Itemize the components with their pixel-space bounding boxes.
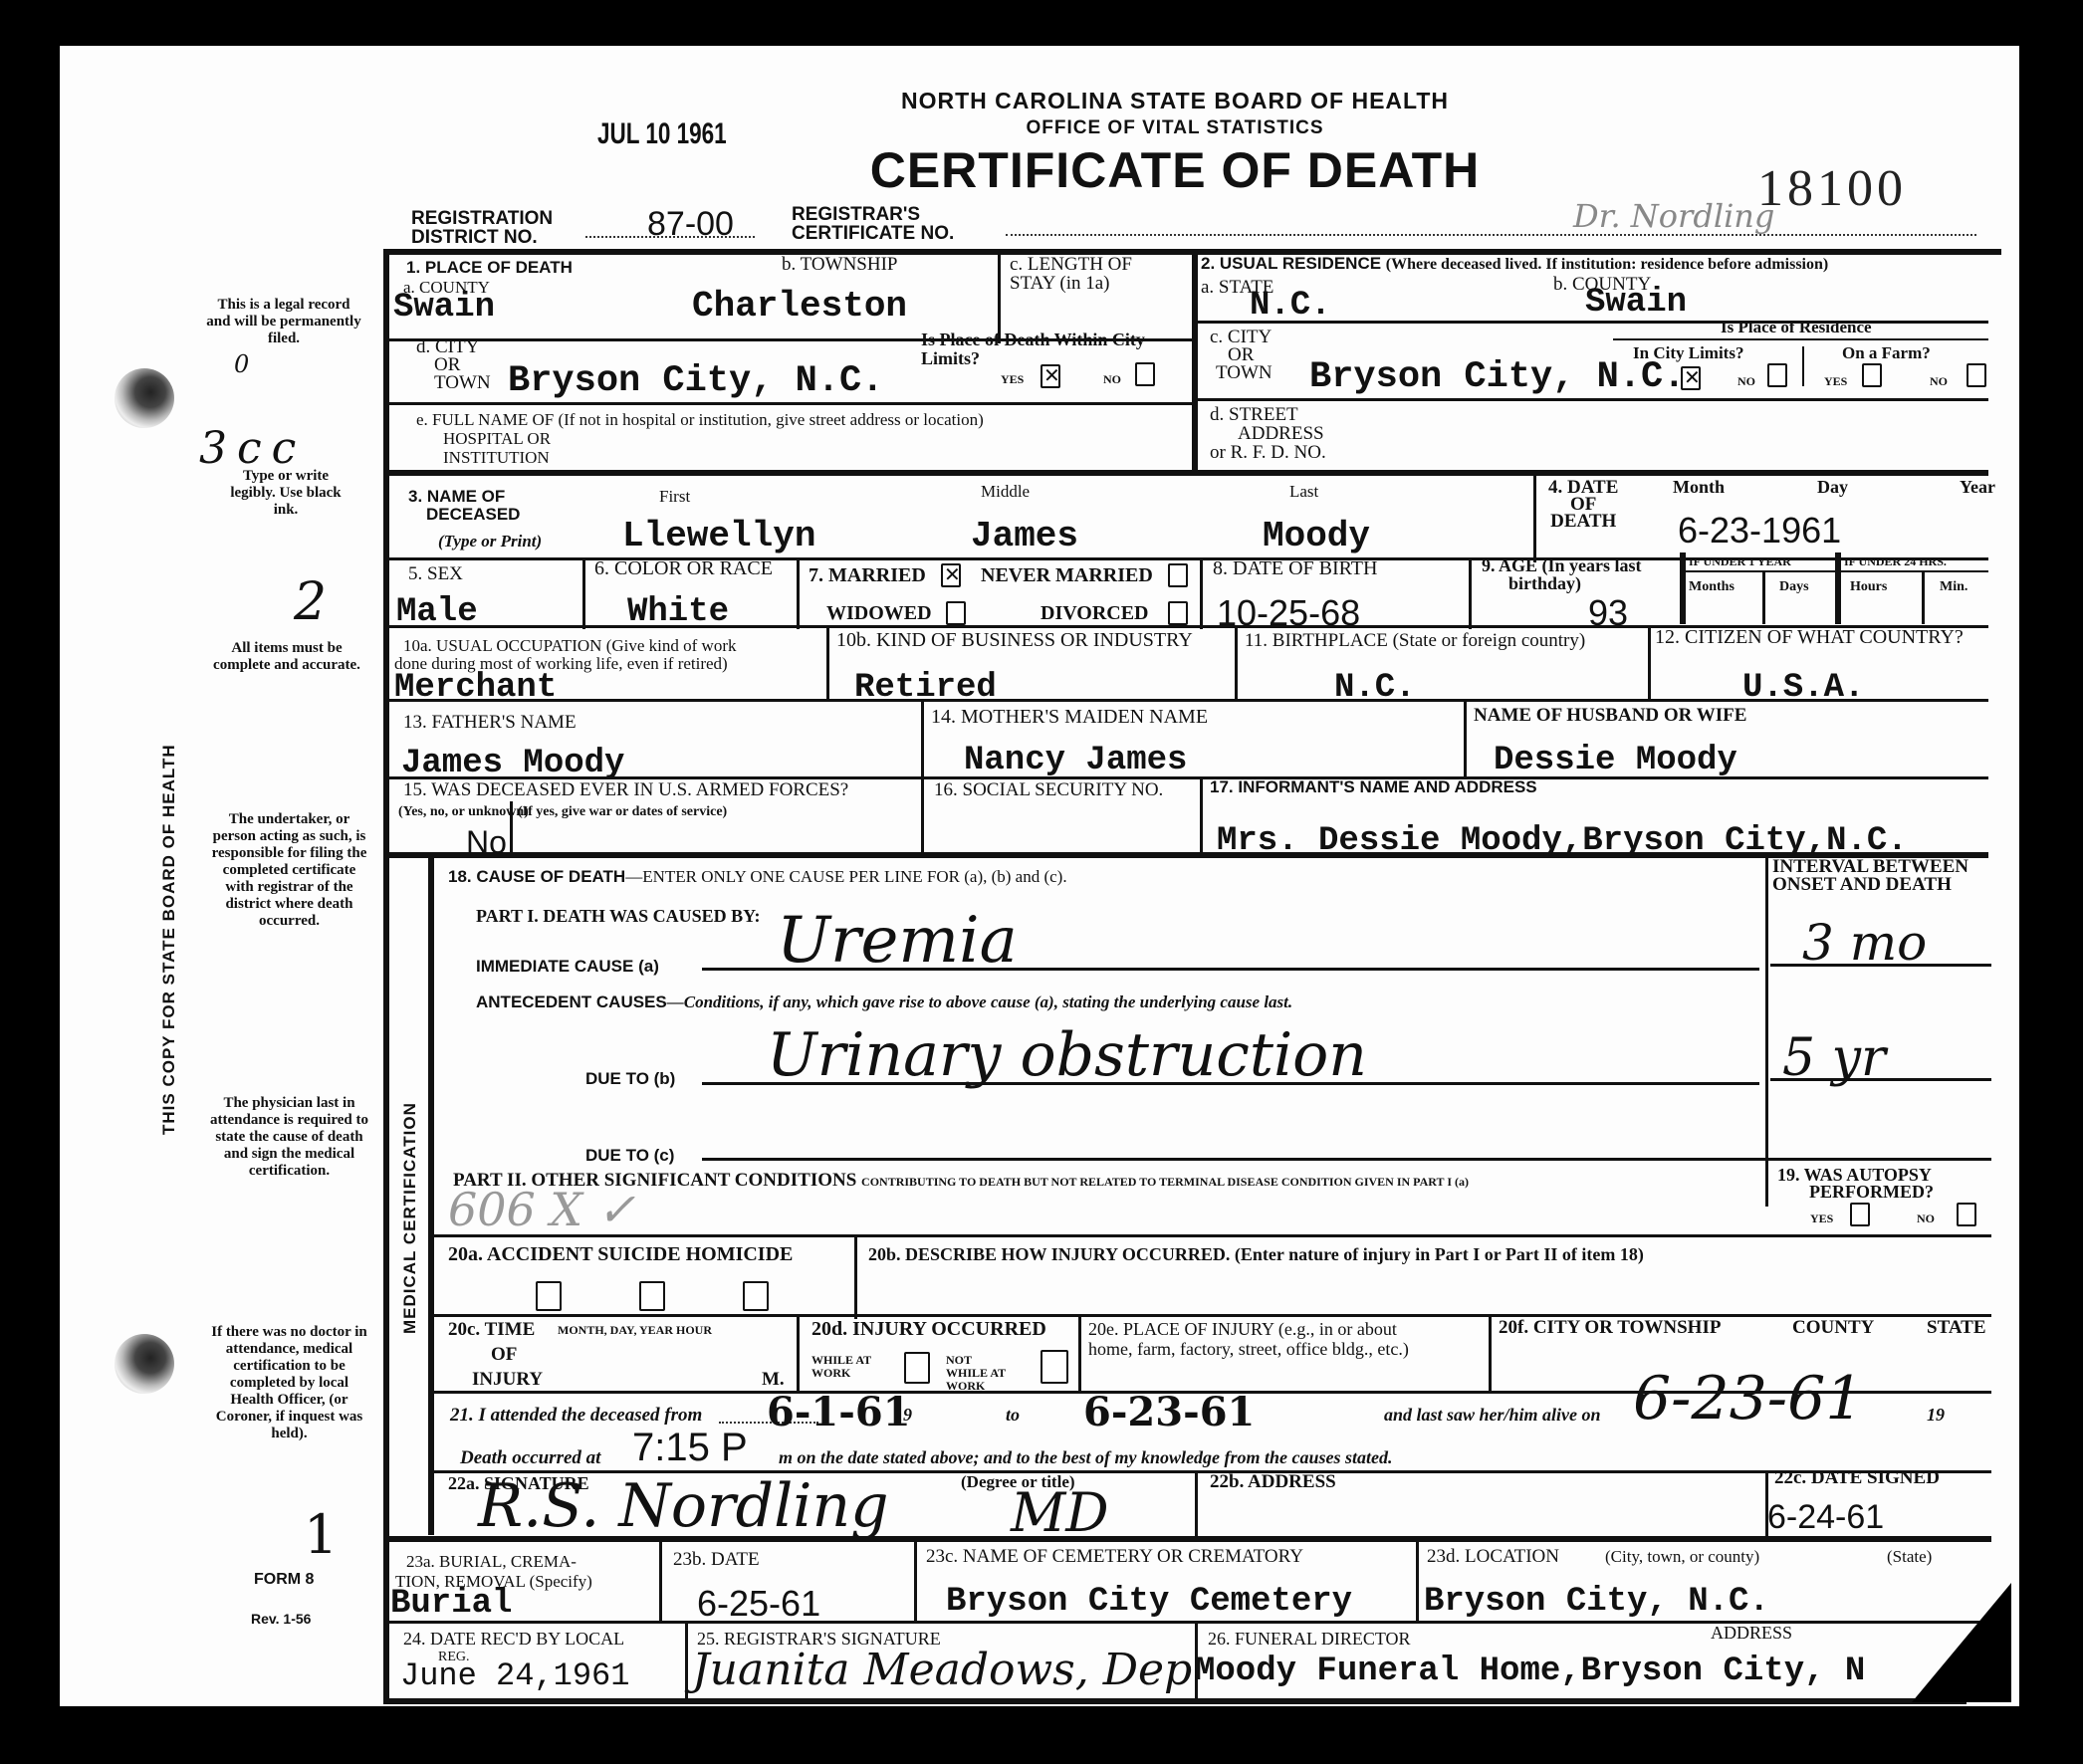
location-value: Bryson City, N.C. [1424,1583,1769,1621]
hospital-label: e. FULL NAME OF (If not in hospital or i… [416,411,984,428]
due-to-b-value: Urinary obstruction [767,1020,1367,1090]
divider [1648,625,1651,701]
residence-county-value: Swain [1585,284,1687,322]
label-line: REGISTRAR'S [792,205,954,224]
middle-label: Middle [981,483,1030,500]
divider [797,1314,800,1392]
injury-state-label: STATE [1927,1319,1986,1336]
month-label: Month [1673,479,1725,496]
divider [1200,776,1203,856]
margin-mark: 0 [234,350,249,378]
no-label: NO [1917,1213,1935,1225]
street-label: d. STREET ADDRESS or R. F. D. NO. [1210,405,1326,462]
never-married-label: NEVER MARRIED [981,567,1153,584]
margin-mark: 1 [304,1503,338,1566]
label-line: TOWN [416,374,491,392]
margin-mark: 3cc [199,423,306,474]
label-line: DECEASED [408,506,520,524]
death-township-value: Charleston [692,286,907,327]
in-city-limits-label: In City Limits? [1633,344,1743,361]
hospital-label: HOSPITAL OR [443,430,551,447]
date-signed-label: 22c. DATE SIGNED [1774,1469,1940,1486]
time-of-injury-label: INJURY [472,1371,543,1388]
armed-forces-value: No [466,824,507,861]
label-text: 2. USUAL RESIDENCE [1201,254,1381,273]
divider [826,625,829,701]
divider [1464,699,1467,778]
divider [1195,1470,1198,1538]
race-value: White [627,593,729,631]
funeral-director-value: Moody Funeral Home,Bryson City, N [1195,1653,1865,1690]
undertaker-note: The undertaker, or person acting as such… [207,811,371,930]
divorced-checkbox[interactable] [1168,601,1188,625]
registrar-signature: Juanita Meadows, Dep [692,1645,1192,1695]
day-label: Day [1817,479,1848,496]
injury-occurred-label: 20d. INJURY OCCURRED [811,1321,1046,1338]
degree-value: MD [1011,1481,1109,1544]
label-note: (Where deceased lived. If institution: r… [1386,256,1828,273]
father-value: James Moody [401,745,624,782]
within-limits-label: Is Place of Death Within City [921,331,1145,348]
registration-district-value: 87-00 [647,205,734,244]
no-label: NO [1737,375,1755,388]
divider [1922,572,1925,624]
under-24-hrs-label: IF UNDER 24 HRS. [1844,555,1947,568]
form-number: FORM 8 [254,1571,314,1589]
under-1-year-label: IF UNDER 1 YEAR [1689,555,1791,568]
not-while-at-work-checkbox[interactable] [1041,1350,1068,1384]
divider [383,249,389,1704]
occupation-label: 10a. USUAL OCCUPATION (Give kind of work [403,637,736,654]
armed-forces-sub: (If yes, give war or dates of service) [518,804,727,819]
last-saw-value: 6-23-61 [1633,1364,1863,1433]
within-limits-no-checkbox[interactable] [1135,362,1155,386]
location-state-label: (State) [1887,1548,1932,1565]
first-label: First [659,488,690,505]
occupation-value: Merchant [394,669,557,707]
year-prefix: 19 [894,1407,912,1424]
divider [854,1234,857,1319]
label-line: DEATH [1548,513,1618,530]
residence-state-value: N.C. [1250,287,1331,325]
punch-hole-icon [115,368,174,428]
business-value: Retired [854,669,997,707]
place-of-injury-label: 20e. PLACE OF INJURY (e.g., in or about [1088,1321,1397,1338]
form-revision: Rev. 1-56 [251,1611,311,1627]
vertical-copy-note: THIS COPY FOR STATE BOARD OF HEALTH [159,744,179,1135]
married-label: 7. MARRIED [809,567,926,584]
last-label: Last [1289,483,1318,500]
divider [1802,346,1804,386]
no-label: NO [1930,375,1948,388]
part-two-marks: 606 X ✓ [448,1183,635,1236]
year-prefix: 19 [1927,1407,1945,1424]
due-to-b-label: DUE TO (b) [585,1070,675,1087]
location-label: 23d. LOCATION [1427,1548,1559,1565]
armed-forces-label: 15. WAS DECEASED EVER IN U.S. ARMED FORC… [403,781,848,798]
on-farm-no-checkbox[interactable] [1967,363,1986,387]
divider [428,1314,1991,1317]
divider [1200,557,1203,629]
divider [1469,557,1472,629]
business-label: 10b. KIND OF BUSINESS OR INDUSTRY [836,632,1193,649]
immediate-interval-value: 3 mo [1802,914,1927,972]
homicide-checkbox[interactable] [743,1281,769,1311]
type-or-print-label: (Type or Print) [438,533,542,550]
divider [1078,1314,1081,1392]
city-township-label: 20f. CITY OR TOWNSHIP [1499,1319,1721,1336]
registration-district-label: REGISTRATION DISTRICT NO. [411,209,553,247]
death-occurred-label: Death occurred at [460,1449,600,1466]
due-to-c-label: DUE TO (c) [585,1147,674,1164]
divider [1613,338,1988,340]
certificate-number: 18100 [1757,159,1907,218]
autopsy-yes-checkbox[interactable] [1850,1203,1870,1226]
divider [582,557,585,629]
within-limits-label: Limits? [921,350,980,367]
birthplace-label: 11. BIRTHPLACE (State or foreign country… [1245,632,1585,649]
divider [428,858,434,1535]
death-occurred-tail: m on the date stated above; and to the b… [779,1449,1392,1466]
age-label: 9. AGE (In years last [1482,557,1642,574]
min-label: Min. [1940,579,1967,594]
cemetery-value: Bryson City Cemetery [946,1583,1352,1621]
on-farm-yes-checkbox[interactable] [1862,363,1882,387]
no-doctor-note: If there was no doctor in attendance, me… [207,1324,371,1442]
yes-label: YES [1824,375,1847,388]
divider [1835,552,1841,624]
never-married-checkbox[interactable] [1168,563,1188,587]
informant-value: Mrs. Dessie Moody,Bryson City,N.C. [1217,822,1908,860]
agency-name: NORTH CAROLINA STATE BOARD OF HEALTH [816,88,1533,114]
township-label: b. TOWNSHIP [782,256,897,273]
injury-description-label: 20b. DESCRIBE HOW INJURY OCCURRED. (Ente… [868,1246,1644,1263]
divider [383,402,1192,405]
part-one-label: PART I. DEATH WAS CAUSED BY: [476,908,760,925]
type-legibly-note: Type or write legibly. Use black ink. [221,468,350,519]
divider [428,1234,1991,1237]
burial-date-label: 23b. DATE [673,1551,760,1568]
yes-label: YES [1810,1213,1833,1225]
hours-label: Hours [1850,579,1887,594]
date-of-birth-label: 8. DATE OF BIRTH [1213,560,1377,577]
not-while-at-work-label: NOT WHILE AT WORK [946,1354,1011,1393]
attended-to-value: 6-23-61 [1083,1389,1255,1435]
burial-date-value: 6-25-61 [697,1583,820,1625]
divider [1680,570,1988,572]
label-line: ONSET AND DEATH [1772,876,1968,894]
informant-label: 17. INFORMANT'S NAME AND ADDRESS [1210,778,1537,795]
spouse-value: Dessie Moody [1494,742,1737,779]
widowed-label: WIDOWED [826,605,932,622]
attended-from-value: 6-1-61 [767,1389,911,1435]
burial-label: 23a. BURIAL, CREMA- [406,1553,577,1570]
date-signed-value: 6-24-61 [1767,1498,1884,1537]
ssn-label: 16. SOCIAL SECURITY NO. [934,781,1163,798]
age-label: birthday) [1508,575,1581,592]
legal-record-note: This is a legal record and will be perma… [204,297,363,347]
received-label: 24. DATE REC'D BY LOCAL [403,1631,624,1648]
birthplace-value: N.C. [1334,669,1416,707]
divider [659,1538,662,1623]
residence-city-label: c. CITY OR TOWN [1210,329,1273,382]
injury-county-label: COUNTY [1792,1319,1874,1336]
divider [1235,625,1238,701]
age-value: 93 [1588,592,1628,634]
divider [1416,1538,1419,1623]
on-farm-label: On a Farm? [1842,344,1931,361]
label-line: d. STREET [1210,405,1326,424]
immediate-cause-label: IMMEDIATE CAUSE (a) [476,958,659,975]
registrar-cert-value: Dr. Nordling [1573,197,1774,235]
accident-suicide-homicide-label: 20a. ACCIDENT SUICIDE HOMICIDE [448,1246,793,1263]
in-city-no-checkbox[interactable] [1767,363,1787,387]
first-name-value: Llewellyn [622,516,815,556]
divider [1489,1314,1492,1392]
label-line: CERTIFICATE NO. [792,224,954,243]
cause-of-death-label: 18. CAUSE OF DEATH—ENTER ONLY ONE CAUSE … [448,868,1067,885]
label-text: ANTECEDENT CAUSES [476,992,667,1011]
death-county-value: Swain [393,289,495,327]
divider [383,1536,1991,1542]
armed-forces-sub: (Yes, no, or unknown) [398,804,529,819]
residence-city-value: Bryson City, N.C. [1309,356,1685,398]
date-of-birth-value: 10-25-68 [1217,592,1360,634]
place-of-residence-label: Is Place of Residence [1721,319,1872,335]
spouse-label: NAME OF HUSBAND OR WIFE [1474,707,1746,724]
autopsy-label: 19. WAS AUTOPSY PERFORMED? [1777,1167,1934,1201]
citizen-value: U.S.A. [1742,669,1864,707]
burial-value: Burial [390,1585,512,1623]
date-of-death-label: 4. DATE OF DEATH [1548,479,1618,530]
label-line: PERFORMED? [1777,1184,1934,1201]
death-city-value: Bryson City, N.C. [508,360,883,402]
name-of-deceased-label: 3. NAME OF DECEASED [408,488,520,524]
within-limits-yes-checkbox[interactable] [1041,364,1060,388]
time-m-label: M. [762,1371,785,1388]
physician-signature: R.S. Nordling [478,1471,889,1541]
days-label: Days [1779,579,1809,594]
office-name: OFFICE OF VITAL STATISTICS [816,117,1533,139]
divider [797,557,800,629]
father-label: 13. FATHER'S NAME [403,714,577,731]
received-stamp: JUL 10 1961 [597,117,727,151]
divider [383,470,1988,476]
city-label: d. CITY OR TOWN [416,338,491,392]
sex-value: Male [396,593,478,631]
label-instruction: CONTRIBUTING TO DEATH BUT NOT RELATED TO… [861,1175,1469,1189]
length-of-stay-label: c. LENGTH OF [1010,256,1132,273]
divider [1680,552,1686,624]
death-time-value: 7:15 P [632,1426,748,1470]
married-checkbox[interactable] [941,563,961,587]
address-label: 22b. ADDRESS [1210,1473,1336,1490]
label-line: or R. F. D. NO. [1210,443,1326,462]
divider [1533,473,1536,562]
funeral-address-label: ADDRESS [1711,1625,1792,1642]
no-label: NO [1103,373,1121,386]
divider [921,776,924,856]
divider [1762,572,1765,624]
label-line: ADDRESS [1210,424,1326,443]
scan-border [2021,46,2083,1764]
yes-label: YES [1001,373,1024,386]
suicide-checkbox[interactable] [639,1281,665,1311]
margin-mark: 2 [294,572,327,632]
place-of-death-label: 1. PLACE OF DEATH [406,259,573,276]
due-to-b-interval-value: 5 yr [1782,1028,1886,1088]
label-line: DISTRICT NO. [411,228,553,247]
months-label: Months [1689,579,1735,594]
registrar-cert-line [1006,234,1976,236]
year-label: Year [1960,479,1995,496]
hospital-label: INSTITUTION [443,449,550,466]
last-saw-label: and last saw her/him alive on [1384,1407,1601,1424]
divider [914,1538,917,1623]
to-label: to [1006,1407,1020,1424]
while-at-work-label: WHILE AT WORK [811,1354,871,1380]
punch-hole-icon [115,1334,174,1394]
label-instruction: —Conditions, if any, which gave rise to … [667,992,1292,1011]
mother-label: 14. MOTHER'S MAIDEN NAME [931,709,1208,726]
race-label: 6. COLOR OR RACE [594,560,773,577]
time-subheading: MONTH, DAY, YEAR HOUR [558,1324,712,1337]
divider [1192,249,1198,473]
divider [921,699,924,778]
date-of-death-value: 6-23-1961 [1678,510,1841,551]
mother-value: Nancy James [964,742,1187,779]
registrar-cert-label: REGISTRAR'S CERTIFICATE NO. [792,205,954,243]
label-text: 18. CAUSE OF DEATH [448,867,625,886]
autopsy-no-checkbox[interactable] [1957,1203,1976,1226]
label-line: REGISTRATION [411,209,553,228]
interval-label: INTERVAL BETWEEN ONSET AND DEATH [1772,858,1968,894]
folded-corner [1912,1583,2011,1702]
page-title: CERTIFICATE OF DEATH [787,141,1563,199]
time-of-injury-label: 20c. TIME [448,1321,535,1338]
funeral-director-label: 26. FUNERAL DIRECTOR [1208,1631,1411,1648]
all-items-note: All items must be complete and accurate. [207,640,366,674]
cemetery-label: 23c. NAME OF CEMETERY OR CREMATORY [926,1548,1303,1565]
sex-label: 5. SEX [408,565,463,582]
immediate-cause-value: Uremia [777,904,1018,978]
length-of-stay-label: STAY (in 1a) [1010,275,1110,292]
accident-checkbox[interactable] [536,1281,562,1311]
middle-name-value: James [971,516,1078,556]
place-of-injury-label: home, farm, factory, street, office bldg… [1088,1341,1409,1358]
divider [1192,398,1988,401]
usual-residence-label: 2. USUAL RESIDENCE (Where deceased lived… [1201,255,1828,273]
attended-label: 21. I attended the deceased from [450,1407,702,1424]
divorced-label: DIVORCED [1041,605,1149,622]
received-value: June 24,1961 [400,1657,629,1694]
location-sub-label: (City, town, or county) [1605,1548,1759,1565]
label-line: 3. NAME OF [408,488,520,506]
divider [702,1158,1991,1161]
while-at-work-checkbox[interactable] [904,1352,930,1384]
divider [685,1621,688,1700]
physician-note: The physician last in attendance is requ… [207,1095,371,1180]
time-of-injury-label: OF [491,1346,517,1363]
last-name-value: Moody [1263,516,1370,556]
divider [1765,858,1768,1207]
in-city-yes-checkbox[interactable] [1681,366,1701,390]
widowed-checkbox[interactable] [946,601,966,625]
label-line: TOWN [1210,364,1273,382]
divider [383,1698,1967,1704]
medical-certification-vertical-label: MEDICAL CERTIFICATION [400,1102,420,1334]
citizen-label: 12. CITIZEN OF WHAT COUNTRY? [1655,629,1964,646]
label-instruction: —ENTER ONLY ONE CAUSE PER LINE FOR (a), … [625,867,1066,886]
antecedent-label: ANTECEDENT CAUSES—Conditions, if any, wh… [476,993,1292,1010]
